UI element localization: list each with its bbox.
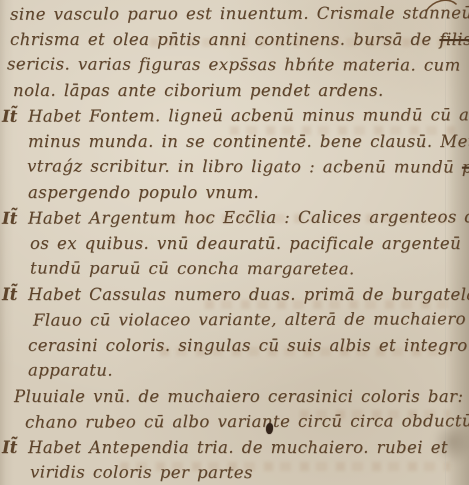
- line-text: viridis coloris per partes: [30, 462, 253, 482]
- manuscript-line: chrisma et olea pn̄tis anni continens. b…: [0, 27, 469, 53]
- manuscript-line: Pluuiale vnū. de muchaiero cerasinici co…: [0, 384, 469, 410]
- line-text: vtraǵz scribitur. in libro ligato : acbe…: [27, 156, 462, 176]
- manuscript-line: sine vasculo paruo est inuentum. Crismal…: [0, 0, 469, 27]
- item-abbreviation-marker: It̃: [0, 104, 28, 130]
- line-text: cerasini coloris. singulas cū suis albis…: [28, 336, 469, 355]
- item-abbreviation-marker: It̃: [0, 206, 28, 232]
- manuscript-line: It̃Habet Antependia tria. de muchaiero. …: [0, 435, 469, 461]
- manuscript-line: minus munda. in se continentē. bene clau…: [0, 129, 469, 155]
- line-text: Habet Cassulas numero duas. primā de bur…: [28, 285, 469, 304]
- manuscript-line: viridis coloris per partes: [0, 459, 469, 485]
- line-text: Flauo cū violaceo variante, alterā de mu…: [33, 309, 466, 329]
- line-text: os ex quibus. vnū deauratū. pacificale a…: [30, 234, 469, 253]
- strikethrough-word: filis: [439, 30, 469, 49]
- manuscript-line: sericis. varias figuras exps̄sas hbńte m…: [0, 51, 469, 78]
- line-text: Pluuiale vnū. de muchaiero cerasinici co…: [14, 387, 464, 406]
- line-text: Habet Argentum hoc Ecc̄lia : Calices arg…: [28, 207, 469, 227]
- manuscript-line: Flauo cū violaceo variante, alterā de mu…: [0, 306, 469, 333]
- line-text: Habet Antependia tria. de muchaiero. rub…: [28, 438, 448, 457]
- line-text: aspergendo populo vnum.: [28, 183, 259, 202]
- manuscript-text-block: sine vasculo paruo est inuentum. Crismal…: [0, 1, 469, 485]
- line-text: apparatu.: [28, 360, 113, 379]
- line-text: sine vasculo paruo est inuentum. Crismal…: [10, 3, 469, 23]
- line-text: chano rubeo cū albo variante circū circa…: [25, 411, 469, 431]
- line-text: chrisma et olea pn̄tis anni continens. b…: [10, 30, 439, 49]
- line-text: minus munda. in se continentē. bene clau…: [28, 132, 469, 151]
- manuscript-line: vtraǵz scribitur. in libro ligato : acbe…: [0, 153, 469, 180]
- manuscript-line: It̃Habet Fontem. ligneū acbenū minus mun…: [0, 102, 469, 129]
- manuscript-line: It̃Habet Argentum hoc Ecc̄lia : Calices …: [0, 204, 469, 231]
- line-text: sericis. varias figuras exps̄sas hbńte m…: [7, 54, 461, 74]
- manuscript-line: apparatu.: [0, 357, 469, 384]
- manuscript-line: It̃Habet Cassulas numero duas. primā de …: [0, 282, 469, 308]
- manuscript-line: aspergendo populo vnum.: [0, 180, 469, 206]
- manuscript-page: sine vasculo paruo est inuentum. Crismal…: [0, 0, 469, 485]
- line-text: Habet Fontem. ligneū acbenū minus mundū …: [28, 105, 469, 126]
- manuscript-line: tundū paruū cū concha margaretea.: [0, 255, 469, 282]
- line-text: nola. lāpas ante ciborium pendet ardens.: [13, 81, 384, 100]
- manuscript-line: os ex quibus. vnū deauratū. pacificale a…: [0, 231, 469, 257]
- strikethrough-word: pro.: [462, 158, 469, 177]
- item-abbreviation-marker: It̃: [0, 282, 28, 308]
- item-abbreviation-marker: It̃: [0, 435, 28, 461]
- manuscript-line: chano rubeo cū albo variante circū circa…: [0, 408, 469, 435]
- manuscript-line: cerasini coloris. singulas cū suis albis…: [0, 333, 469, 359]
- line-text: tundū paruū cū concha margaretea.: [30, 258, 355, 278]
- manuscript-line: nola. lāpas ante ciborium pendet ardens.: [0, 78, 469, 104]
